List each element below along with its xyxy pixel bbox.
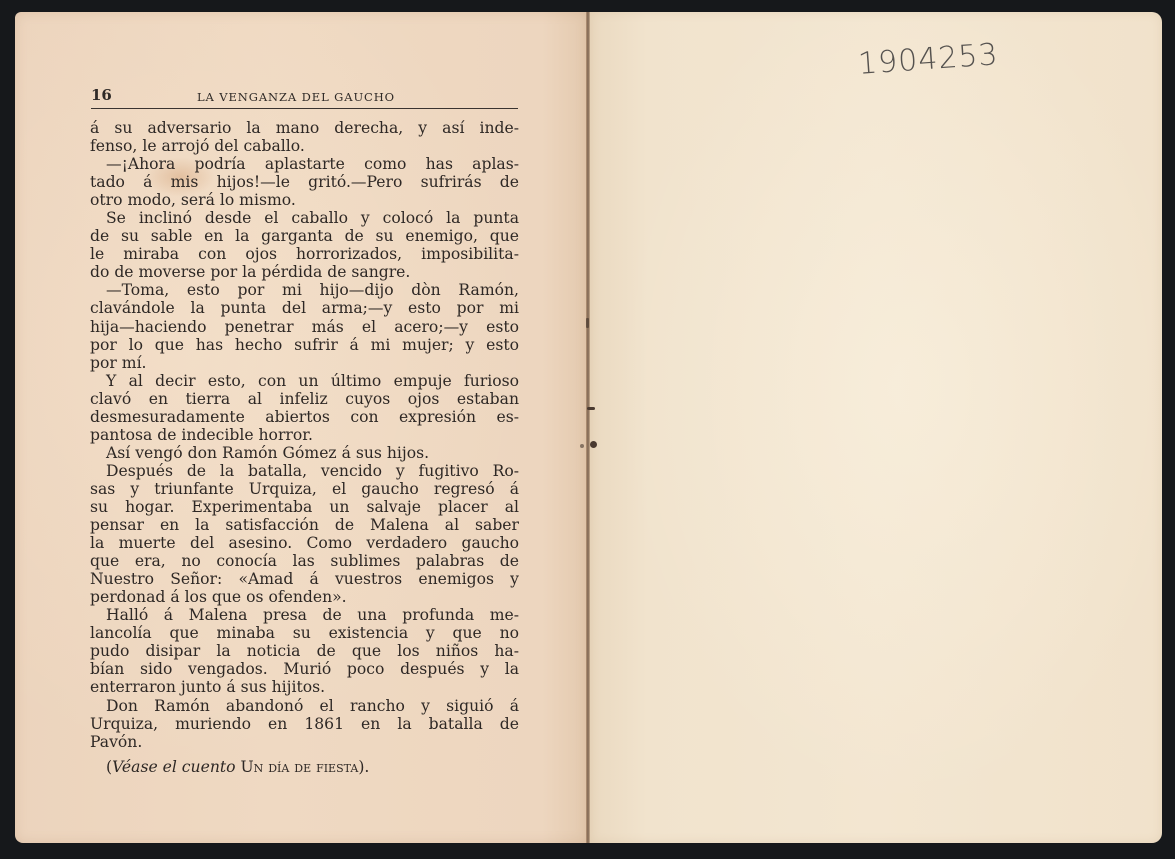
footnote-close: ).: [358, 758, 369, 776]
text-line: perdonad á los que os ofenden».: [90, 588, 519, 606]
text-line: Después de la batalla, vencido y fugitiv…: [90, 462, 519, 480]
text-line: por mí.: [90, 354, 519, 372]
footnote: (Véase el cuento Un día de fiesta).: [106, 758, 369, 776]
text-line: que era, no conocía las sublimes palabra…: [90, 552, 519, 570]
ink-spot: [586, 318, 589, 328]
text-line: de su sable en la garganta de su enemigo…: [90, 227, 519, 245]
text-line: desmesuradamente abiertos con expresión …: [90, 408, 519, 426]
footnote-story-title: Un día de fiesta: [240, 758, 358, 776]
text-line: pantosa de indecible horror.: [90, 426, 519, 444]
running-title: LA VENGANZA DEL GAUCHO: [197, 90, 395, 104]
right-page: [590, 12, 1162, 843]
page-header: 16 LA VENGANZA DEL GAUCHO: [91, 86, 518, 109]
text-line: hija—haciendo penetrar más el acero;—y e…: [90, 318, 519, 336]
page-number: 16: [91, 86, 112, 104]
text-line: Don Ramón abandonó el rancho y siguió á: [90, 697, 519, 715]
ink-spot: [580, 444, 584, 448]
page-gutter: [586, 12, 590, 843]
text-line: —¡Ahora podría aplastarte como has aplas…: [90, 155, 519, 173]
ink-spot: [590, 441, 597, 448]
footnote-italic: Véase el cuento: [112, 758, 235, 776]
text-line: fenso, le arrojó del caballo.: [90, 137, 519, 155]
text-line: Halló á Malena presa de una profunda me-: [90, 606, 519, 624]
text-line: la muerte del asesino. Como verdadero ga…: [90, 534, 519, 552]
ink-spot: [587, 407, 595, 410]
text-line: Se inclinó desde el caballo y colocó la …: [90, 209, 519, 227]
text-line: Nuestro Señor: «Amad á vuestros enemigos…: [90, 570, 519, 588]
text-line: su hogar. Experimentaba un salvaje place…: [90, 498, 519, 516]
text-line: á su adversario la mano derecha, y así i…: [90, 119, 519, 137]
book-spread: 16 LA VENGANZA DEL GAUCHO á su adversari…: [0, 0, 1175, 859]
text-line: tado á mis hijos!—le gritó.—Pero sufrirá…: [90, 173, 519, 191]
text-line: enterraron junto á sus hijitos.: [90, 678, 519, 696]
text-line: pudo disipar la noticia de que los niños…: [90, 642, 519, 660]
text-line: por lo que has hecho sufrir á mi mujer; …: [90, 336, 519, 354]
text-line: Así vengó don Ramón Gómez á sus hijos.: [90, 444, 519, 462]
body-text: á su adversario la mano derecha, y así i…: [90, 119, 519, 751]
text-line: Urquiza, muriendo en 1861 en la batalla …: [90, 715, 519, 733]
text-line: Y al decir esto, con un último empuje fu…: [90, 372, 519, 390]
text-line: otro modo, será lo mismo.: [90, 191, 519, 209]
text-line: clavó en tierra al infeliz cuyos ojos es…: [90, 390, 519, 408]
text-line: clavándole la punta del arma;—y esto por…: [90, 299, 519, 317]
text-line: Pavón.: [90, 733, 519, 751]
text-line: sas y triunfante Urquiza, el gaucho regr…: [90, 480, 519, 498]
text-line: do de moverse por la pérdida de sangre.: [90, 263, 519, 281]
text-line: bían sido vengados. Murió poco después y…: [90, 660, 519, 678]
text-line: —Toma, esto por mi hijo—dijo dòn Ramón,: [90, 281, 519, 299]
text-line: lancolía que minaba su existencia y que …: [90, 624, 519, 642]
text-line: pensar en la satisfacción de Malena al s…: [90, 516, 519, 534]
text-line: le miraba con ojos horrorizados, imposib…: [90, 245, 519, 263]
